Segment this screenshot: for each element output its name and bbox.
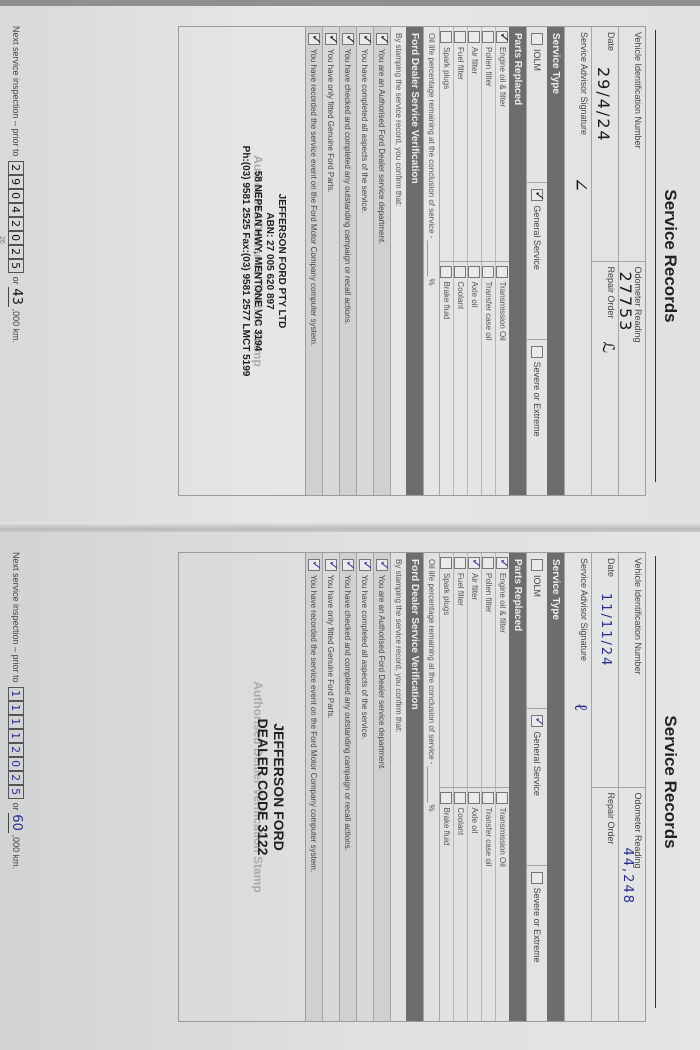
- checkbox[interactable]: [441, 31, 453, 43]
- title-rule: [655, 556, 656, 1008]
- verification-item[interactable]: You have only fitted Genuine Ford Parts.: [323, 27, 340, 495]
- date-digit-box: 1: [8, 715, 24, 729]
- title-rule: [655, 30, 656, 482]
- checkbox[interactable]: [441, 792, 453, 804]
- part-item[interactable]: Spark plugs: [440, 553, 453, 787]
- part-item[interactable]: Transfer case oil: [481, 788, 495, 1022]
- checkbox[interactable]: [497, 792, 509, 804]
- date-digit-box: 2: [8, 771, 24, 785]
- checkbox-severe-extreme[interactable]: [531, 872, 543, 884]
- date-digit-box: 2: [8, 743, 24, 757]
- advisor-signature: ∠: [570, 177, 591, 192]
- checkbox[interactable]: [441, 266, 453, 278]
- advisor-row: Service Advisor Signatureℓ: [564, 553, 591, 1021]
- next-service-date[interactable]: 11112025: [8, 687, 24, 799]
- parts-replaced-list: Engine oil & filterPollen filterAir filt…: [439, 27, 509, 495]
- vin-odometer-row: Vehicle Identification Number Odometer R…: [618, 553, 645, 1021]
- verification-item[interactable]: You have checked and completed any outst…: [340, 27, 357, 495]
- option-severe-extreme[interactable]: Severe or Extreme: [527, 866, 547, 1021]
- checkbox[interactable]: [308, 559, 320, 571]
- checkbox[interactable]: [455, 266, 467, 278]
- dealer-stamp: JEFFERSON FORD PTY LTD ABN: 27 005 620 8…: [239, 27, 305, 495]
- part-item[interactable]: Transmission Oil: [495, 262, 509, 496]
- checkbox-severe-extreme[interactable]: [531, 346, 543, 358]
- service-record-page-1: Service Records Vehicle Identification N…: [0, 6, 700, 524]
- verification-list: You are an Authorised Ford Dealer servic…: [306, 27, 391, 495]
- part-item[interactable]: Engine oil & filter: [495, 27, 509, 261]
- checkbox-general-service[interactable]: [531, 189, 543, 201]
- verification-item[interactable]: You have checked and completed any outst…: [340, 553, 357, 1021]
- verification-heading: Ford Dealer Service Verification: [406, 553, 423, 1021]
- checkbox[interactable]: [497, 266, 509, 278]
- verification-item[interactable]: You are an Authorised Ford Dealer servic…: [374, 553, 391, 1021]
- advisor-row: Service Advisor Signature∠: [564, 27, 591, 495]
- checkbox[interactable]: [483, 266, 495, 278]
- checkbox[interactable]: [441, 557, 453, 569]
- vin-field[interactable]: Vehicle Identification Number: [619, 27, 645, 262]
- verification-item[interactable]: You have completed all aspects of the se…: [357, 27, 374, 495]
- part-item[interactable]: Pollen filter: [481, 27, 495, 261]
- date-digit-box: 1: [8, 701, 24, 715]
- checkbox-general-service[interactable]: [531, 715, 543, 727]
- checkbox-iolm[interactable]: [531, 33, 543, 45]
- service-type-heading: Service Type: [547, 553, 564, 1021]
- advisor-signature-field[interactable]: Service Advisor Signatureℓ: [565, 553, 591, 1021]
- service-type-options: IOLM General Service Severe or Extreme: [526, 553, 547, 1021]
- page-title: Service Records: [660, 532, 680, 1032]
- verification-list: You are an Authorised Ford Dealer servic…: [306, 553, 391, 1021]
- checkbox[interactable]: [455, 31, 467, 43]
- date-value: 29/4/24: [594, 67, 613, 143]
- verification-intro: By stamping the service record, you conf…: [391, 553, 406, 1021]
- checkbox-iolm[interactable]: [531, 559, 543, 571]
- option-general-service[interactable]: General Service: [527, 183, 547, 339]
- part-item[interactable]: Air filter: [467, 27, 481, 261]
- date-digit-box: 0: [8, 231, 24, 245]
- verification-item[interactable]: You are an Authorised Ford Dealer servic…: [374, 27, 391, 495]
- service-record-page-2: Service Records Vehicle Identification N…: [0, 532, 700, 1050]
- odometer-field[interactable]: Odometer Reading27753: [619, 262, 645, 496]
- part-item[interactable]: Air filter: [467, 553, 481, 787]
- checkbox[interactable]: [359, 33, 371, 45]
- service-form: Vehicle Identification Number Odometer R…: [178, 552, 646, 1022]
- date-digit-box: 5: [8, 785, 24, 799]
- checkbox[interactable]: [308, 33, 320, 45]
- part-item[interactable]: Pollen filter: [481, 553, 495, 787]
- date-digit-box: 9: [8, 175, 24, 189]
- part-item[interactable]: Transfer case oil: [481, 262, 495, 496]
- page-2-rotated-content: Service Records Vehicle Identification N…: [0, 532, 690, 1032]
- option-iolm[interactable]: IOLM: [527, 553, 547, 709]
- checkbox[interactable]: [376, 559, 388, 571]
- next-service-line: Next service inspection – prior to 11112…: [8, 552, 24, 869]
- odometer-value: 27753: [616, 272, 635, 333]
- date-digit-box: 4: [8, 203, 24, 217]
- parts-replaced-heading: Parts Replaced: [509, 553, 526, 1021]
- verification-item[interactable]: You have only fitted Genuine Ford Parts.: [323, 553, 340, 1021]
- page-1-rotated-content: Service Records Vehicle Identification N…: [0, 6, 690, 506]
- verification-item[interactable]: You have recorded the service event on t…: [306, 27, 323, 495]
- service-type-heading: Service Type: [547, 27, 564, 495]
- dealer-stamp-area: Authorised Dealer Verification Stamp JEF…: [179, 27, 306, 495]
- checkbox[interactable]: [497, 31, 509, 43]
- date-digit-box: 1: [8, 729, 24, 743]
- page-number: 26: [0, 236, 5, 244]
- part-item[interactable]: Brake fluid: [440, 788, 453, 1022]
- part-item[interactable]: Brake fluid: [440, 262, 453, 496]
- repair-order-field[interactable]: Repair Orderℒ: [592, 262, 618, 496]
- checkbox[interactable]: [469, 792, 481, 804]
- checkbox[interactable]: [483, 31, 495, 43]
- checkbox[interactable]: [325, 33, 337, 45]
- oil-life-field[interactable]: Oil life percentage remaining at the con…: [423, 553, 439, 1021]
- date-digit-box: 0: [8, 189, 24, 203]
- next-service-date[interactable]: 29042025: [8, 161, 24, 273]
- verification-intro: By stamping the service record, you conf…: [391, 27, 406, 495]
- next-service-km[interactable]: 43: [8, 287, 24, 307]
- part-item[interactable]: Axle oil: [467, 788, 481, 1022]
- service-type-options: IOLM General Service Severe or Extreme: [526, 27, 547, 495]
- date-field[interactable]: Date29/4/24: [592, 27, 618, 262]
- date-repair-row: Date29/4/24 Repair Orderℒ: [591, 27, 618, 495]
- date-field[interactable]: Date11/11/24: [592, 553, 618, 788]
- checkbox[interactable]: [325, 559, 337, 571]
- option-iolm[interactable]: IOLM: [527, 27, 547, 183]
- option-general-service[interactable]: General Service: [527, 709, 547, 865]
- checkbox[interactable]: [469, 31, 481, 43]
- date-digit-box: 0: [8, 757, 24, 771]
- checkbox[interactable]: [483, 792, 495, 804]
- verification-item[interactable]: You have completed all aspects of the se…: [357, 553, 374, 1021]
- part-item[interactable]: Spark plugs: [440, 27, 453, 261]
- checkbox[interactable]: [342, 559, 354, 571]
- repair-order-mark: ℒ: [598, 342, 618, 354]
- part-item[interactable]: Fuel filter: [453, 553, 467, 787]
- date-digit-box: 2: [8, 161, 24, 175]
- date-repair-row: Date11/11/24 Repair Order: [591, 553, 618, 1021]
- checkbox[interactable]: [497, 557, 509, 569]
- repair-order-field[interactable]: Repair Order: [592, 788, 618, 1022]
- checkbox[interactable]: [469, 266, 481, 278]
- date-digit-box: 1: [8, 687, 24, 701]
- verification-heading: Ford Dealer Service Verification: [406, 27, 423, 495]
- service-form: Vehicle Identification Number Odometer R…: [178, 26, 646, 496]
- date-digit-box: 5: [8, 259, 24, 273]
- odometer-value: 44,248: [620, 848, 635, 906]
- page-title: Service Records: [660, 6, 680, 506]
- verification-item[interactable]: You have recorded the service event on t…: [306, 553, 323, 1021]
- part-item[interactable]: Fuel filter: [453, 27, 467, 261]
- next-service-line: Next service inspection – prior to 29042…: [8, 26, 24, 343]
- option-severe-extreme[interactable]: Severe or Extreme: [527, 340, 547, 495]
- date-digit-box: 2: [8, 245, 24, 259]
- part-item[interactable]: Axle oil: [467, 262, 481, 496]
- vin-field[interactable]: Vehicle Identification Number: [619, 553, 645, 788]
- odometer-field[interactable]: Odometer Reading44,248: [619, 788, 645, 1022]
- parts-replaced-heading: Parts Replaced: [509, 27, 526, 495]
- checkbox[interactable]: [376, 33, 388, 45]
- dealer-stamp: JEFFERSON FORD DEALER CODE 3122: [255, 553, 305, 1021]
- part-item[interactable]: Coolant: [453, 788, 467, 1022]
- oil-life-field[interactable]: Oil life percentage remaining at the con…: [423, 27, 439, 495]
- dealer-stamp-area: Authorised Dealer Verification Stamp JEF…: [179, 553, 306, 1021]
- advisor-signature: ℓ: [570, 703, 591, 712]
- next-service-km[interactable]: 60: [8, 813, 24, 833]
- date-value: 11/11/24: [598, 593, 613, 667]
- advisor-signature-field[interactable]: Service Advisor Signature∠: [565, 27, 591, 495]
- date-digit-box: 2: [8, 217, 24, 231]
- checkbox[interactable]: [359, 559, 371, 571]
- part-item[interactable]: Coolant: [453, 262, 467, 496]
- parts-replaced-list: Engine oil & filterPollen filterAir filt…: [439, 553, 509, 1021]
- part-item[interactable]: Engine oil & filter: [495, 553, 509, 787]
- checkbox[interactable]: [469, 557, 481, 569]
- checkbox[interactable]: [455, 557, 467, 569]
- checkbox[interactable]: [342, 33, 354, 45]
- part-item[interactable]: Transmission Oil: [495, 788, 509, 1022]
- vin-odometer-row: Vehicle Identification Number Odometer R…: [618, 27, 645, 495]
- checkbox[interactable]: [455, 792, 467, 804]
